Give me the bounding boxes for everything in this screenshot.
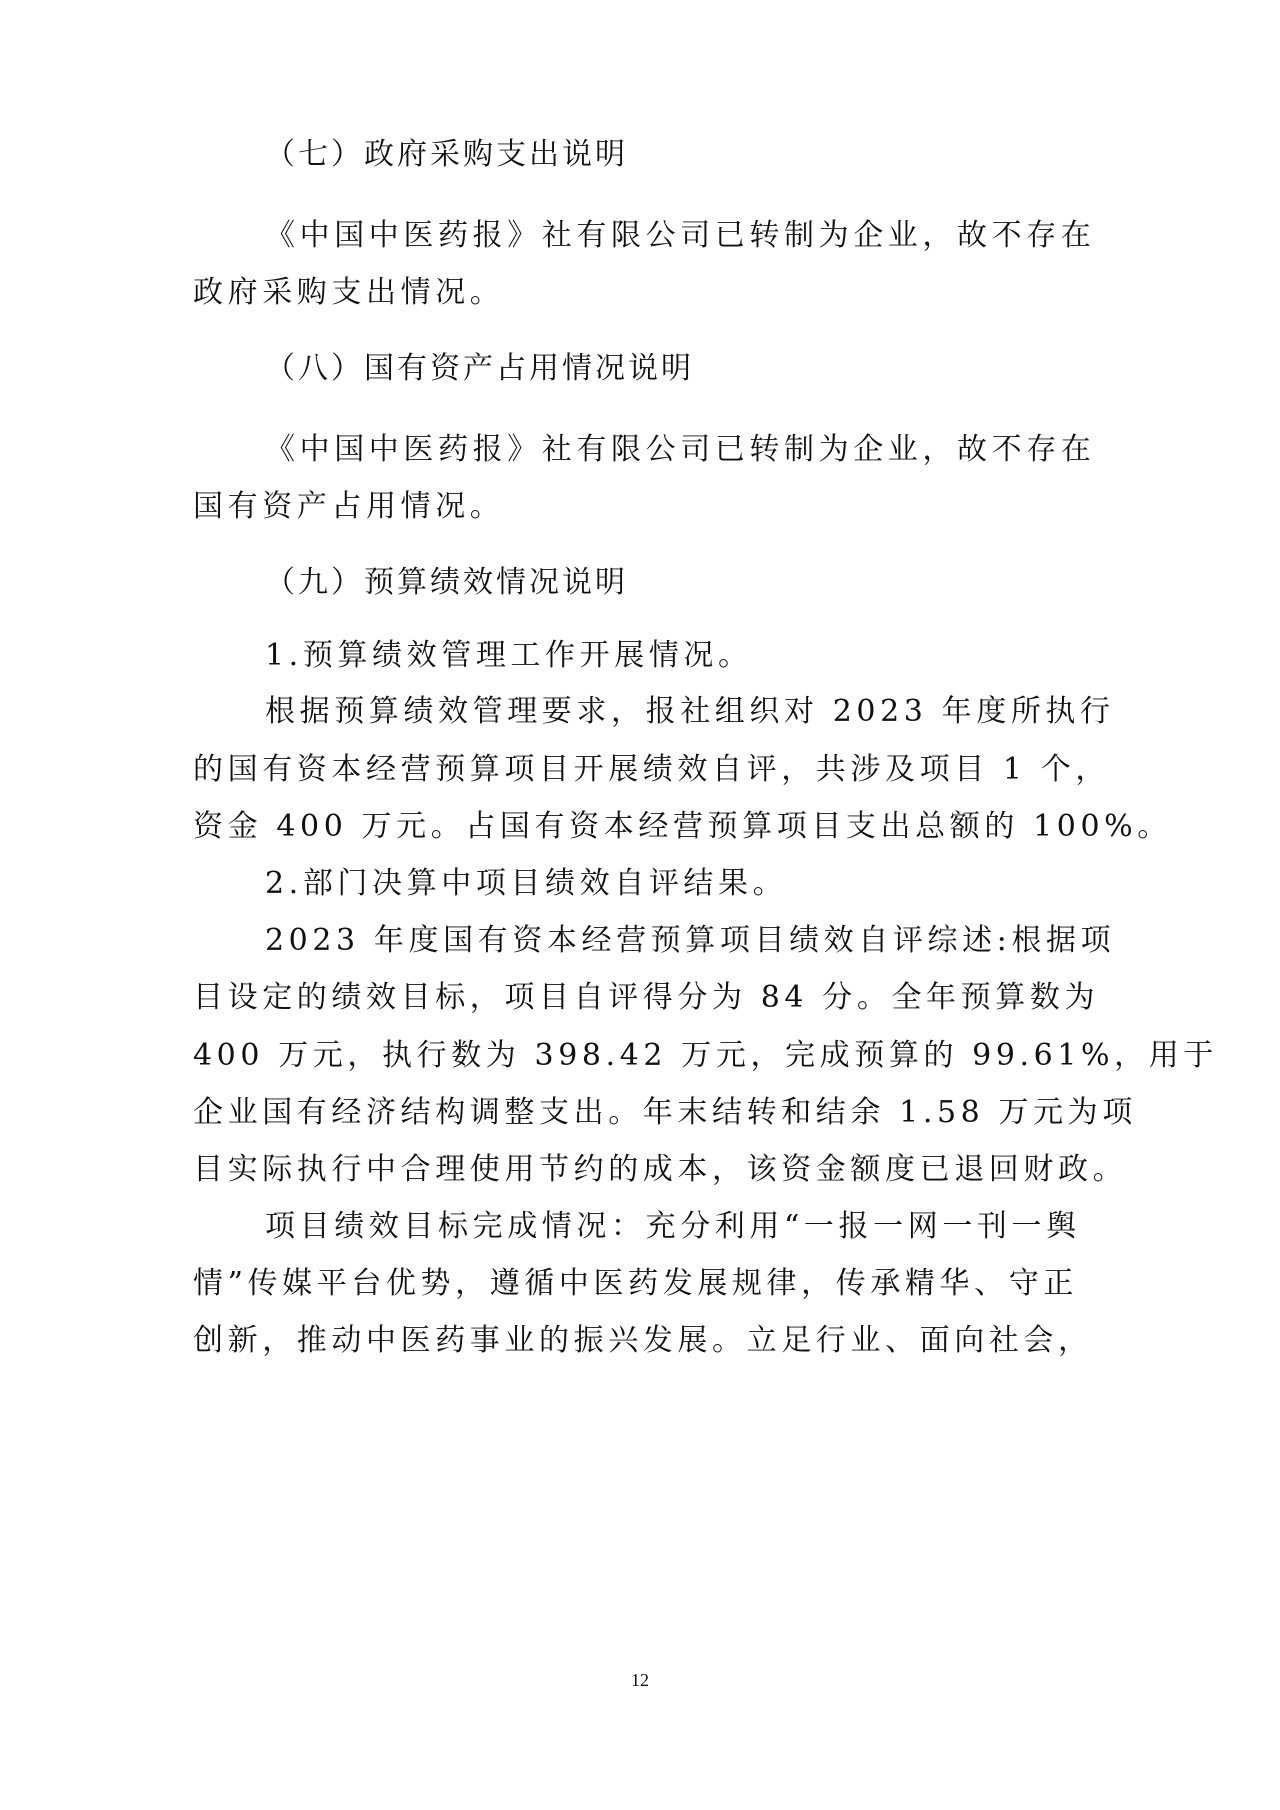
paragraph-line: 目设定的绩效目标，项目自评得分为 84 分。全年预算数为 <box>193 978 1093 1018</box>
paragraph-line: 企业国有经济结构调整支出。年末结转和结余 1.58 万元为项 <box>193 1093 1093 1133</box>
paragraph-line: 国有资产占用情况。 <box>193 487 1093 527</box>
paragraph-line: 创新，推动中医药事业的振兴发展。立足行业、面向社会， <box>193 1321 1093 1361</box>
paragraph-line: 政府采购支出情况。 <box>193 273 1093 313</box>
section-heading-8: （八）国有资产占用情况说明 <box>265 349 1165 389</box>
section-heading-9: （九）预算绩效情况说明 <box>265 563 1165 603</box>
paragraph-line: 目实际执行中合理使用节约的成本，该资金额度已退回财政。 <box>193 1150 1093 1190</box>
paragraph-line: 的国有资本经营预算项目开展绩效自评，共涉及项目 1 个， <box>193 750 1093 790</box>
paragraph-line: 根据预算绩效管理要求，报社组织对 2023 年度所执行 <box>265 692 1165 732</box>
page-number: 12 <box>0 1668 1280 1692</box>
paragraph-line: 情”传媒平台优势，遵循中医药发展规律，传承精华、守正 <box>193 1264 1093 1304</box>
paragraph-line: 2023 年度国有资本经营预算项目绩效自评综述:根据项 <box>265 921 1165 961</box>
paragraph-line: 400 万元，执行数为 398.42 万元，完成预算的 99.61%，用于 <box>193 1036 1093 1076</box>
paragraph-line: 项目绩效目标完成情况：充分利用“一报一网一刊一舆 <box>265 1207 1165 1247</box>
paragraph-line: 资金 400 万元。占国有资本经营预算项目支出总额的 100%。 <box>193 807 1093 847</box>
paragraph-line: 《中国中医药报》社有限公司已转制为企业，故不存在 <box>265 216 1165 256</box>
document-page: （七）政府采购支出说明 《中国中医药报》社有限公司已转制为企业，故不存在 政府采… <box>0 0 1280 1810</box>
subsection-title-2: 2.部门决算中项目绩效自评结果。 <box>265 864 1165 904</box>
paragraph-line: 《中国中医药报》社有限公司已转制为企业，故不存在 <box>265 430 1165 470</box>
subsection-title-1: 1.预算绩效管理工作开展情况。 <box>265 636 1165 676</box>
section-heading-7: （七）政府采购支出说明 <box>265 135 1165 175</box>
